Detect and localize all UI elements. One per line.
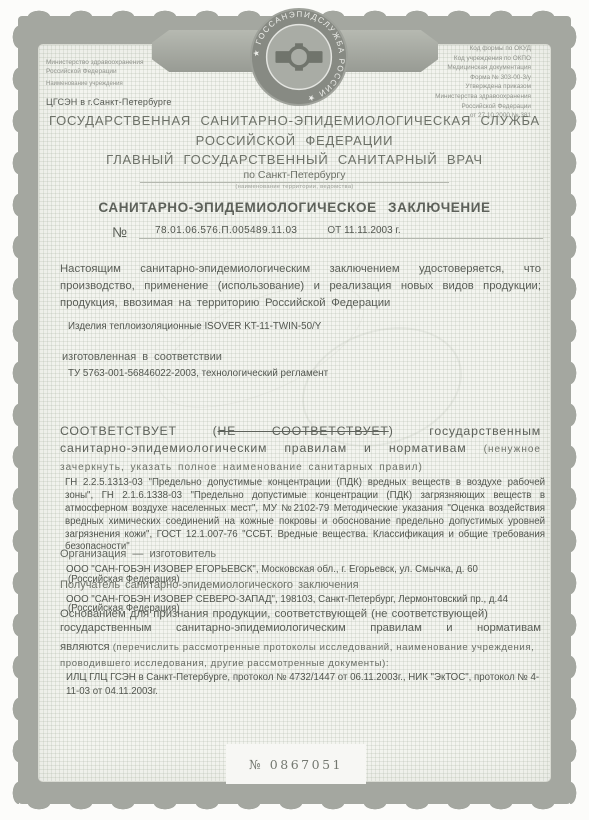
ministry-line: Министерство здравоохранения	[46, 58, 216, 67]
manufactured-value: ТУ 5763-001-56846022-2003, технологическ…	[68, 368, 328, 379]
form-meta-left: Министерство здравоохранения Российской …	[46, 58, 216, 108]
form-code-line: Утверждена приказом	[351, 82, 531, 92]
basis-line3: являются (перечислить рассмотренные прот…	[60, 639, 541, 672]
date-label: ОТ	[327, 225, 341, 236]
statement-paragraph: Настоящим санитарно-эпидемиологическим з…	[60, 261, 541, 312]
serial-number: № 0867051	[249, 757, 343, 772]
recipient-label-row: (Российская Федерация) Получатель санита…	[60, 576, 541, 592]
product-name: Изделия теплоизоляционные ISOVER KT-11-T…	[68, 321, 321, 332]
territory-caption: (наименование территории, ведомства)	[140, 184, 449, 190]
form-code-line: Министерства здравоохранения	[351, 92, 531, 102]
service-title-line: ГЛАВНЫЙ ГОСУДАРСТВЕННЫЙ САНИТАРНЫЙ ВРАЧ	[40, 150, 549, 170]
certificate-number: 78.01.06.576.П.005489.11.03	[139, 225, 313, 239]
certificate-number-row: № 78.01.06.576.П.005489.11.03 ОТ 11.11.2…	[112, 225, 543, 239]
basis-line3-note: (перечислить рассмотренные протоколы исс…	[60, 642, 534, 669]
form-code-line: Код учреждения по ОКПО	[351, 54, 531, 64]
regulations-list: ГН 2.2.5.1313-03 "Предельно допустимые к…	[65, 477, 545, 554]
border-scallop-right	[570, 16, 579, 804]
manufactured-label: изготовленная в соответствии	[62, 351, 222, 363]
recipient-label: Получатель санитарно-эпидемиологического…	[60, 579, 359, 591]
form-code-line: Код формы по ОКУД	[351, 44, 531, 54]
territory-field: по Санкт-Петербургу (наименование террит…	[140, 169, 449, 190]
institution-name: ЦГСЭН в г.Санкт-Петербурге	[46, 96, 216, 109]
basis-line1: Основанием для признания продукции, соот…	[60, 608, 488, 620]
certificate-page: ★ ГОССАНЭПИДСЛУЖБА РОССИИ ★ Министерство…	[0, 0, 589, 820]
protocols-text: ИЛЦ ГЛЦ ГСЭН в Санкт-Петербурге, протоко…	[66, 671, 543, 699]
service-title-line: РОССИЙСКОЙ ФЕДЕРАЦИИ	[40, 131, 549, 151]
border-scallop-bottom	[18, 803, 571, 812]
form-code-line: Российской Федерации	[351, 102, 531, 112]
conformity-paragraph: СООТВЕТСТВУЕТ (НЕ СООТВЕТСТВУЕТ) государ…	[60, 423, 541, 475]
border-scallop-left	[10, 16, 19, 804]
document-title: САНИТАРНО-ЭПИДЕМИОЛОГИЧЕСКОЕ ЗАКЛЮЧЕНИЕ	[40, 200, 549, 215]
service-title-line: ГОСУДАРСТВЕННАЯ САНИТАРНО-ЭПИДЕМИОЛОГИЧЕ…	[40, 111, 549, 131]
basis-line1-row: (Российская Федерация) Основанием для пр…	[60, 605, 541, 621]
conformity-struck-text: НЕ СООТВЕТСТВУЕТ	[217, 424, 388, 438]
institution-label: Наименование учреждения	[46, 80, 216, 88]
basis-line2: государственным санитарно-эпидемиологиче…	[60, 622, 541, 634]
ministry-line: Российской Федерации	[46, 67, 216, 76]
gossanepid-seal-icon: ★ ГОССАНЭПИДСЛУЖБА РОССИИ ★	[248, 6, 350, 108]
conformity-text: СООТВЕТСТВУЕТ (	[60, 424, 217, 438]
form-meta-right: Код формы по ОКУД Код учреждения по ОКПО…	[351, 44, 531, 121]
basis-line3-main: являются	[60, 641, 110, 653]
serial-number-box: № 0867051	[226, 744, 366, 784]
service-title: ГОСУДАРСТВЕННАЯ САНИТАРНО-ЭПИДЕМИОЛОГИЧЕ…	[40, 111, 549, 170]
form-code-line: Форма № 303-00-3/у	[351, 73, 531, 83]
number-sign: №	[112, 225, 127, 239]
manufacturer-label: Организация — изготовитель	[60, 548, 216, 560]
territory-value: по Санкт-Петербургу	[140, 169, 449, 183]
certificate-date-cell: ОТ 11.11.2003 г.	[313, 225, 543, 239]
form-code-line: Медицинская документация	[351, 63, 531, 73]
certificate-date: 11.11.2003 г.	[344, 225, 401, 236]
